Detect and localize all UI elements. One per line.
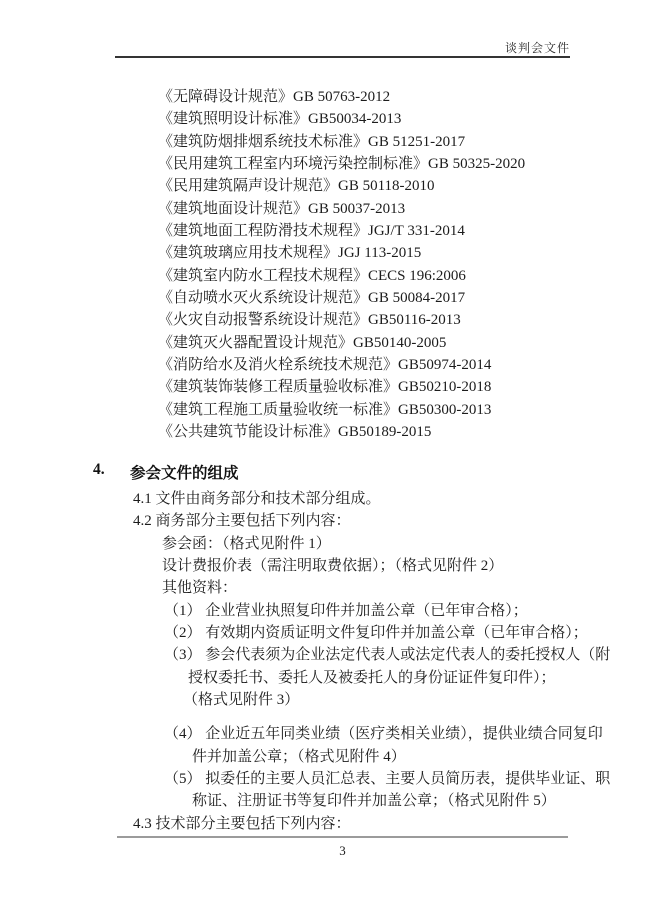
paragraph-4-2: 4.2 商务部分主要包括下列内容： bbox=[0, 510, 645, 532]
line-shejifei: 设计费报价表（需注明取费依据）；（格式见附件 2） bbox=[0, 555, 645, 577]
standard-item: 《建筑玻璃应用技术规程》JGJ 113-2015 bbox=[158, 242, 585, 264]
standard-item: 《建筑照明设计标准》GB50034-2013 bbox=[158, 108, 585, 130]
list-item-5-line-2: 称证、注册证书等复印件并加盖公章；（格式见附件 5） bbox=[0, 790, 645, 812]
document-page: 谈判会文件 《无障碍设计规范》GB 50763-2012 《建筑照明设计标准》G… bbox=[0, 0, 645, 912]
standard-item: 《建筑防烟排烟系统技术标准》GB 51251-2017 bbox=[158, 131, 585, 153]
standard-item: 《民用建筑隔声设计规范》GB 50118-2010 bbox=[158, 175, 585, 197]
header-doc-label: 谈判会文件 bbox=[505, 39, 570, 56]
footer-rule bbox=[117, 836, 568, 838]
standard-item: 《火灾自动报警系统设计规范》GB50116-2013 bbox=[158, 309, 585, 331]
standard-item: 《建筑室内防水工程技术规程》CECS 196:2006 bbox=[158, 265, 585, 287]
line-qita-ziliao: 其他资料： bbox=[0, 577, 645, 599]
section-heading: 4. 参会文件的组成 bbox=[93, 461, 239, 483]
section-title: 参会文件的组成 bbox=[130, 461, 239, 483]
standard-item: 《建筑装饰装修工程质量验收标准》GB50210-2018 bbox=[158, 376, 585, 398]
list-item-1: （1） 企业营业执照复印件并加盖公章（已年审合格）； bbox=[0, 600, 645, 622]
list-item-5-line-1: （5） 拟委任的主要人员汇总表、主要人员简历表，提供毕业证、职 bbox=[0, 768, 645, 790]
list-item-2: （2） 有效期内资质证明文件复印件并加盖公章（已年审合格）； bbox=[0, 622, 645, 644]
section-number: 4. bbox=[93, 461, 130, 483]
standard-item: 《民用建筑工程室内环境污染控制标准》GB 50325-2020 bbox=[158, 153, 585, 175]
standard-item: 《建筑灭火器配置设计规范》GB50140-2005 bbox=[158, 332, 585, 354]
line-canhuihan: 参会函：（格式见附件 1） bbox=[0, 533, 645, 555]
standard-item: 《无障碍设计规范》GB 50763-2012 bbox=[158, 86, 585, 108]
standard-item: 《自动喷水灭火系统设计规范》GB 50084-2017 bbox=[158, 287, 585, 309]
standard-item: 《消防给水及消火栓系统技术规范》GB50974-2014 bbox=[158, 354, 585, 376]
standards-list: 《无障碍设计规范》GB 50763-2012 《建筑照明设计标准》GB50034… bbox=[158, 86, 585, 444]
section-body: 4.1 文件由商务部分和技术部分组成。 4.2 商务部分主要包括下列内容： 参会… bbox=[0, 488, 645, 835]
list-item-3-line-3: （格式见附件 3） bbox=[0, 689, 645, 711]
standard-item: 《建筑地面设计规范》GB 50037-2013 bbox=[158, 198, 585, 220]
standard-item: 《建筑工程施工质量验收统一标准》GB50300-2013 bbox=[158, 399, 585, 421]
list-item-4-line-2: 件并加盖公章；（格式见附件 4） bbox=[0, 746, 645, 768]
paragraph-4-3: 4.3 技术部分主要包括下列内容： bbox=[0, 813, 645, 835]
list-item-3-line-2: 授权委托书、委托人及被委托人的身份证证件复印件）； bbox=[0, 667, 645, 689]
page-number: 3 bbox=[117, 843, 568, 859]
list-item-3-line-1: （3） 参会代表须为企业法定代表人或法定代表人的委托授权人（附 bbox=[0, 644, 645, 666]
list-item-4-line-1: （4） 企业近五年同类业绩（医疗类相关业绩），提供业绩合同复印 bbox=[0, 723, 645, 745]
paragraph-4-1: 4.1 文件由商务部分和技术部分组成。 bbox=[0, 488, 645, 510]
header-rule bbox=[115, 56, 570, 58]
standard-item: 《建筑地面工程防滑技术规程》JGJ/T 331-2014 bbox=[158, 220, 585, 242]
standard-item: 《公共建筑节能设计标准》GB50189-2015 bbox=[158, 421, 585, 443]
